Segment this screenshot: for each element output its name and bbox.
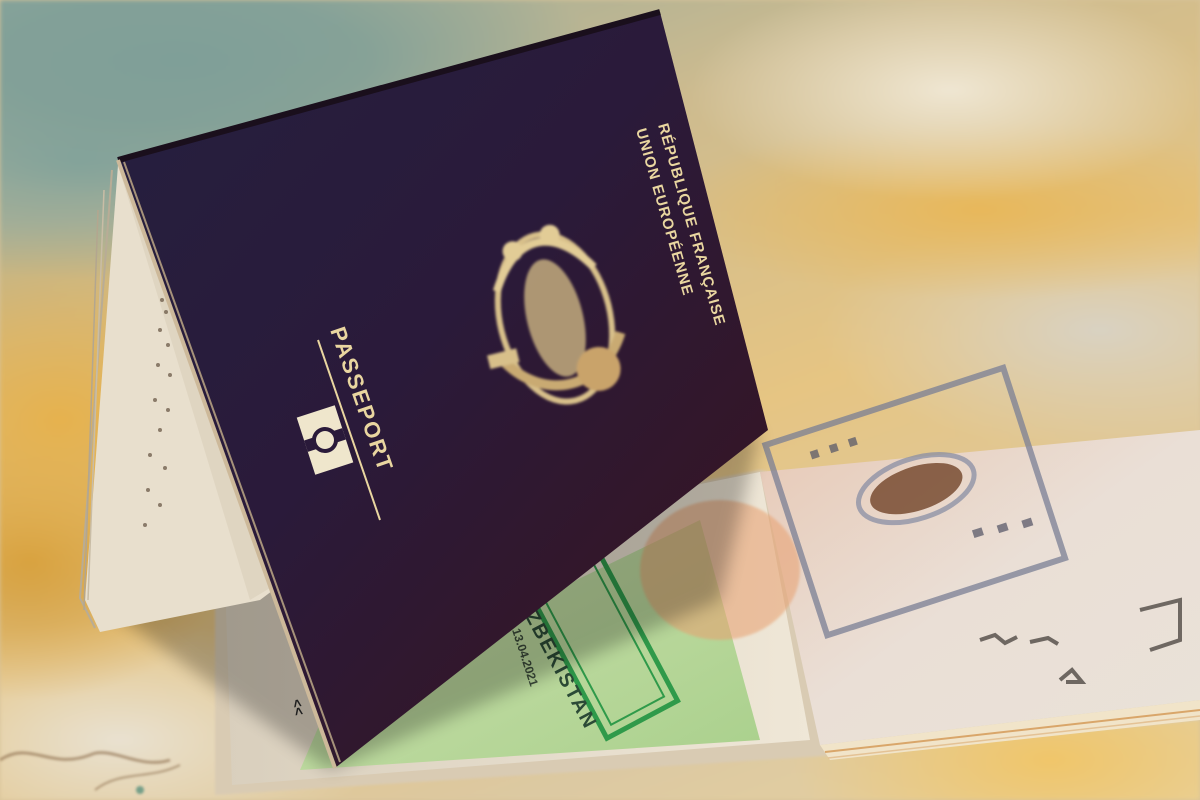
map-coastline — [0, 753, 180, 794]
photo-scene: UZBEKISTAN 13.04.2021 << — [0, 0, 1200, 800]
passport-illustration: UZBEKISTAN 13.04.2021 << — [0, 0, 1200, 800]
